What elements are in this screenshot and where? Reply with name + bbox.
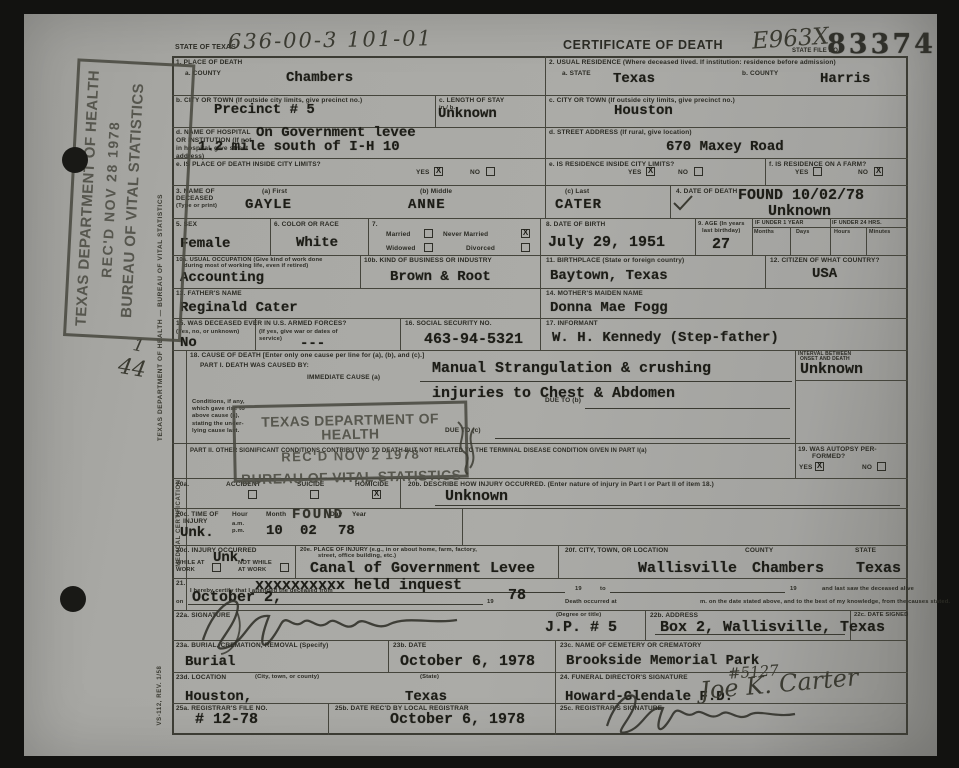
checkbox-farm-no: X [874,167,883,176]
injury-month-value: 10 [266,524,283,539]
business-label: 10b. KIND OF BUSINESS OR INDUSTRY [364,257,492,265]
burial-date-value: October 6, 1978 [400,654,535,671]
street-address-value: 670 Maxey Road [666,140,784,155]
no-label: NO [862,464,872,472]
injury-city-value: Wallisville [638,561,737,578]
injury-state-value: Texas [856,561,901,578]
father-name-label: 13. FATHER'S NAME [176,290,242,298]
street-address-label: d. STREET ADDRESS (If rural, give locati… [549,129,692,137]
cause-of-death-section-label: 18. CAUSE OF DEATH [Enter only one cause… [190,352,424,360]
length-of-stay-value: Unknown [438,107,497,122]
death-occurred-at-label: Death occurred at [565,599,617,606]
rule-line [540,288,541,318]
residence-county-value: Harris [820,72,870,87]
part1-label: PART I. DEATH WAS CAUSED BY: [200,362,309,370]
widowed-label: Widowed [386,245,416,253]
yes-label: YES [799,464,812,472]
months-label: Months [754,229,774,236]
length-of-stay-label: c. LENGTH OF STAY [439,97,504,105]
citizen-value: USA [812,267,837,282]
if-under-24-hrs-label: IF UNDER 24 HRS. [832,220,882,227]
injury-hour-value: Unk. [180,526,214,541]
informant-label: 17. INFORMANT [546,320,598,328]
interval-value: Unknown [800,362,863,379]
checkbox-while-at-work [212,563,221,572]
form-code-text: VS-112, REV. 1/58 [157,643,163,748]
state-of-texas-label: STATE OF TEXAS [175,44,236,53]
certify-to: to [600,586,606,593]
checkbox-farm-yes [813,167,822,176]
degree-or-title-value: J.P. # 5 [545,620,617,637]
checkbox-married [424,229,433,238]
hospital-name-line2: 1.2 mile south of I-H 10 [198,140,400,155]
rule-line [172,158,908,159]
certificate-title: CERTIFICATE OF DEATH [563,38,723,54]
stamp-bureau-line: BUREAU OF VITAL STATISTICS [118,64,147,336]
residence-city-value: Houston [614,104,673,119]
race-label: 6. COLOR OR RACE [274,221,339,229]
checkbox-residence-in-city-no [694,167,703,176]
place-of-injury-value: Canal of Government Levee [310,561,535,578]
checkbox-autopsy-no [877,462,886,471]
rule-line [270,218,271,255]
registrar-file-no-value: # 12-78 [195,712,258,729]
yes-label: YES [795,169,808,177]
checkbox-residence-in-city-yes: X [646,167,655,176]
checkbox-place-in-city-no [486,167,495,176]
no-label: NO [470,169,480,177]
place-in-city-limits-label: e. IS PLACE OF DEATH INSIDE CITY LIMITS? [176,161,321,169]
married-label: Married [386,231,411,239]
rule-line [555,703,556,735]
mother-name-label: 14. MOTHER'S MAIDEN NAME [546,290,643,298]
residence-section-label: 2. USUAL RESIDENCE (Where deceased lived… [549,59,836,67]
handwritten-checkmark [672,194,694,212]
armed-forces-label: 15. WAS DECEASED EVER IN U.S. ARMED FORC… [176,320,347,328]
stamp-agency-line: TEXAS DEPARTMENT OF HEALTH [235,411,465,444]
residence-county-label: b. COUNTY [742,70,778,78]
hour-label: Hour [232,511,248,519]
injury-year-value: 78 [338,524,355,539]
checkbox-widowed [424,243,433,252]
date-signed-label: 22c. DATE SIGNED [854,612,908,619]
rule-line [752,218,753,255]
certify-19c: 19 [487,599,494,606]
marital-status-label: 7. [372,221,378,229]
rule-line [545,56,546,218]
occupation-value: Accounting [180,271,264,286]
date-of-birth-label: 8. DATE OF BIRTH [546,221,605,229]
autopsy-label2: FORMED? [812,453,845,461]
state-file-number: 83374 [827,31,936,58]
describe-injury-value: Unknown [445,489,508,506]
not-while-at-work-label: NOT WHILE AT WORK [238,560,278,574]
rule-line [555,672,556,703]
checkbox-accident [248,490,257,499]
handwritten-registration-number: 636-00-3 101-01 [228,28,433,53]
cause-line1-value: Manual Strangulation & crushing [432,361,711,378]
hours-label: Hours [834,229,850,236]
rule-line [555,640,556,672]
checkbox-not-while-at-work [280,563,289,572]
residence-state-label: a. STATE [562,70,591,78]
date-of-birth-value: July 29, 1951 [548,235,665,252]
rule-line [558,545,559,578]
residence-in-city-limits-label: e. IS RESIDENCE INSIDE CITY LIMITS? [549,161,674,169]
injury-state-label: STATE [855,547,876,555]
citizen-label: 12. CITIZEN OF WHAT COUNTRY? [770,257,880,265]
checkbox-homicide: X [372,490,381,499]
checkbox-suicide [310,490,319,499]
certify-year-value: 78 [508,588,526,605]
found-stamp-text: FOUND [292,508,344,523]
received-stamp-top-left: TEXAS DEPARTMENT OF HEALTH REC'D NOV 28 … [63,58,195,342]
age-value: 27 [712,237,730,254]
immediate-cause-label: IMMEDIATE CAUSE (a) [307,374,380,382]
rule-line [172,545,908,546]
injury-day-value: 02 [300,524,317,539]
month-label: Month [266,511,286,519]
rule-line [368,218,369,255]
residence-state-value: Texas [613,72,655,87]
birthplace-label: 11. BIRTHPLACE (State or foreign country… [546,257,684,265]
ssn-value: 463-94-5321 [424,332,523,349]
burial-date-label: 23b. DATE [393,642,426,650]
certify-tail: and last saw the deceased alive [822,586,914,593]
father-name-value: Reginald Cater [180,301,298,316]
last-name-value: CATER [555,198,602,213]
rule-line [462,508,463,545]
rule-line [420,381,792,382]
medical-certification-sidebar-label: MEDICAL CERTIFICATION [176,398,182,648]
hole-punch [62,147,88,173]
hole-punch [60,586,86,612]
middle-name-value: ANNE [408,198,446,213]
registrar-signature-script [595,688,825,736]
rule-line [765,255,766,288]
rule-line [435,95,436,127]
stamp-date-line: REC'D NOV 2 1978 [236,447,465,465]
injury-county-value: Chambers [752,561,824,578]
rule-line [610,592,785,593]
rule-line [495,438,790,439]
mother-name-value: Donna Mae Fogg [550,301,668,316]
rule-line [655,634,845,635]
burial-location-label: 23d. LOCATION [176,674,226,682]
birthplace-value: Baytown, Texas [550,269,668,284]
yes-label: YES [628,169,641,177]
rule-line [540,218,541,255]
no-label: NO [858,169,868,177]
handwritten-initials-script [450,418,486,476]
rule-line [790,227,791,255]
injury-county-label: COUNTY [745,547,773,555]
first-name-label: (a) First [262,188,287,196]
first-name-value: GAYLE [245,198,292,213]
rule-line [360,255,361,288]
sex-value: Female [180,237,230,252]
injury-city-label: 20f. CITY, TOWN, OR LOCATION [565,547,668,555]
rule-line [295,545,296,578]
city-town-county-sublabel: (City, town, or county) [255,674,319,681]
age-label2: last birthday) [702,228,741,235]
certify-19a: 19 [575,586,582,593]
scanned-death-certificate: { "colors": {"paper": "#a7a7a3", "ink": … [0,0,959,768]
rule-line [645,610,646,640]
rule-line [540,255,541,288]
rule-line [866,227,867,255]
last-name-label: (c) Last [565,188,589,196]
burial-type-label: 23a. BURIAL, CREMATION, REMOVAL (Specify… [176,642,328,650]
no-label: NO [678,169,688,177]
business-value: Brown & Root [390,270,491,285]
informant-value: W. H. Kennedy (Step-father) [552,331,779,346]
divorced-label: Divorced [466,245,495,253]
days-label: Days [796,229,810,236]
checkbox-divorced [521,243,530,252]
race-value: White [296,236,338,251]
rule-line [765,158,766,185]
cemetery-label: 23c. NAME OF CEMETERY OR CREMATORY [560,642,702,650]
rule-line [328,703,329,735]
certify-tail2: m. on the date stated above, and to the … [700,599,950,606]
rule-line [540,318,541,350]
rule-line [795,350,796,478]
place-county-value: Chambers [286,71,353,86]
received-stamp-middle: TEXAS DEPARTMENT OF HEALTH REC'D NOV 2 1… [232,401,469,483]
rule-line [435,505,900,506]
checkbox-place-in-city-yes: X [434,167,443,176]
rule-line [695,218,696,255]
armed-forces-dates-value: --- [300,337,325,352]
state-sublabel: (State) [420,674,439,681]
due-to-b-label: DUE TO (b) [545,397,581,405]
armed-forces-value: No [180,336,197,351]
never-married-label: Never Married [443,231,488,239]
rule-line [585,408,790,409]
place-city-value: Precinct # 5 [214,103,315,118]
pm-label: p.m. [232,528,245,535]
certify-19b: 19 [790,586,797,593]
funeral-director-label: 24. FUNERAL DIRECTOR'S SIGNATURE [560,674,688,682]
rule-line [400,318,401,350]
checkbox-never-married: X [521,229,530,238]
date-received-value: October 6, 1978 [390,712,525,729]
yes-label: YES [416,169,429,177]
rule-line [795,380,908,381]
date-of-death-value: Unknown [768,204,831,221]
checkbox-autopsy-yes: X [815,462,824,471]
if-under-1-year-label: IF UNDER 1 YEAR [755,220,804,227]
rule-line [172,508,908,509]
middle-name-label: (b) Middle [420,188,452,196]
year-label: Year [352,511,366,519]
minutes-label: Minutes [869,229,890,236]
burial-city-value: Houston, [185,690,252,705]
burial-type-value: Burial [185,655,235,670]
handwritten-margin-note-44: 44 [116,356,147,383]
burial-state-value: Texas [405,690,447,705]
ssn-label: 16. SOCIAL SECURITY NO. [405,320,492,328]
